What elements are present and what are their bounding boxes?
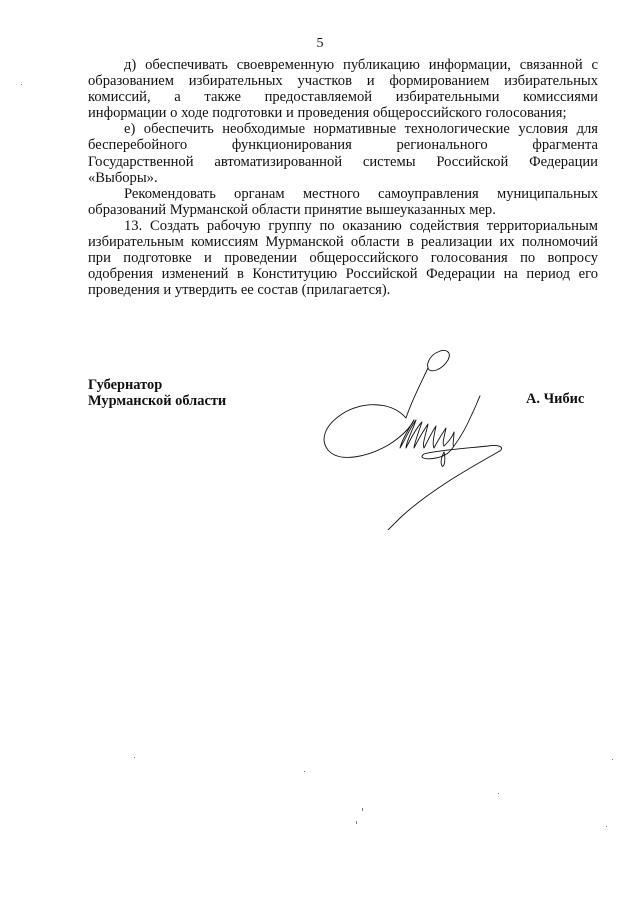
scan-artifact xyxy=(612,759,613,760)
text-line: 13. Создать рабочую группу по оказанию с… xyxy=(88,218,598,234)
paragraph-item-13: 13. Создать рабочую группу по оказанию с… xyxy=(88,218,598,298)
scan-artifact xyxy=(134,757,135,758)
text-line: бесперебойного функционирования регионал… xyxy=(88,137,598,153)
scan-artifact xyxy=(356,821,357,824)
text-line: информации о ходе подготовки и проведени… xyxy=(88,105,598,121)
text-line: комиссий, а также предоставляемой избира… xyxy=(88,89,598,105)
text-line: избирательным комиссиям Мурманской облас… xyxy=(88,234,598,250)
paragraph-e: е) обеспечить необходимые нормативные те… xyxy=(88,121,598,185)
text-line: Рекомендовать органам местного самоуправ… xyxy=(88,186,598,202)
text-line: при подготовке и проведении общероссийск… xyxy=(88,250,598,266)
paragraph-d: д) обеспечивать своевременную публикацию… xyxy=(88,57,598,121)
text-line: одобрения изменений в Конституцию Россий… xyxy=(88,266,598,282)
text-line: «Выборы». xyxy=(88,170,598,186)
text-line: образований Мурманской области принятие … xyxy=(88,202,598,218)
signatory-title-line: Губернатор xyxy=(88,377,226,393)
page-number: 5 xyxy=(0,36,640,52)
scan-artifact xyxy=(362,808,363,811)
signatory-name: А. Чибис xyxy=(526,391,584,408)
scan-artifact xyxy=(304,771,305,772)
paragraph-recommendation: Рекомендовать органам местного самоуправ… xyxy=(88,186,598,218)
text-line: е) обеспечить необходимые нормативные те… xyxy=(88,121,598,137)
text-line: образованием избирательных участков и фо… xyxy=(88,73,598,89)
scan-artifact xyxy=(21,84,22,85)
text-line: Государственной автоматизированной систе… xyxy=(88,154,598,170)
text-line: д) обеспечивать своевременную публикацию… xyxy=(88,57,598,73)
scan-artifact xyxy=(498,793,499,794)
text-line: проведения и утвердить ее состав (прилаг… xyxy=(88,282,598,298)
scan-artifact xyxy=(606,826,607,827)
handwritten-signature-icon xyxy=(320,340,540,530)
signatory-title: Губернатор Мурманской области xyxy=(88,377,226,409)
signatory-title-line: Мурманской области xyxy=(88,393,226,409)
document-body: д) обеспечивать своевременную публикацию… xyxy=(88,57,598,298)
